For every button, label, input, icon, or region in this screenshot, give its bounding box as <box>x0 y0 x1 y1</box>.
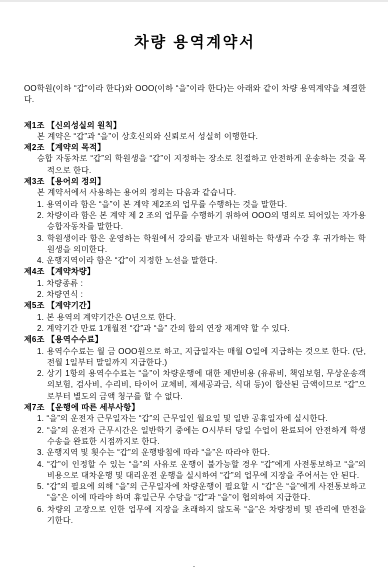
article-2-heading: 제2조 【계약의 목적】 <box>24 142 366 153</box>
document-title: 차량 용역계약서 <box>24 34 366 52</box>
contract-parties-intro: OO학원(이하 “갑”이라 한다)와 OOO(이하 “을”이라 한다)는 아래와… <box>24 83 366 106</box>
article-4: 제4조 【계약차량】 1. 차량종류 : 2. 차량연식 : <box>24 266 366 300</box>
clause-line: 3. 운행지역 및 횟수는 “갑”의 운행방침에 따라 “을”은 따라야 한다. <box>37 447 366 458</box>
clause-line: 2. “을”의 운전자 근무시간은 일반학기 중에는 O시부터 당일 수업이 완… <box>37 425 366 448</box>
article-1-heading: 제1조 【신의성실의 원칙】 <box>24 120 366 131</box>
article-7: 제7조 【운행에 따른 세부사항】 1. “을”의 운전자 근무일자는 “갑”의… <box>24 402 366 526</box>
page-number-mark: . <box>0 560 388 569</box>
article-4-heading: 제4조 【계약차량】 <box>24 266 366 277</box>
article-7-heading: 제7조 【운행에 따른 세부사항】 <box>24 402 366 413</box>
clause-line: 6. 차량의 고장으로 인한 업무에 지장을 초래하지 않도록 “을”은 차량정… <box>37 504 366 527</box>
article-6: 제6조 【용역수수료】 1. 용역수수료는 월 금 OOO원으로 하고, 지급일… <box>24 334 366 402</box>
clause-line: 1. 용역수수료는 월 금 OOO원으로 하고, 지급일자는 매월 O일에 지급… <box>37 346 366 369</box>
article-5-heading: 제5조 【계약기간】 <box>24 300 366 311</box>
clause-line: 1. 차량종류 : <box>37 278 366 289</box>
clause-line: 4. 운행지역이라 함은 “갑”이 지정한 노선을 말한다. <box>37 255 366 266</box>
contract-document-page: 차량 용역계약서 OO학원(이하 “갑”이라 한다)와 OOO(이하 “을”이라… <box>0 0 388 526</box>
clause-line: 2. 상기 1항의 용역수수료는 “을”이 차량운행에 대한 제반비용 (유류비… <box>37 368 366 402</box>
article-3-intro: 본 계약서에서 사용하는 용어의 정의는 다음과 같습니다. <box>37 187 366 198</box>
article-6-heading: 제6조 【용역수수료】 <box>24 334 366 345</box>
clause-line: 2. 차량이라 함은 본 계약 제 2 조의 업무를 수행하기 위하여 OOO의… <box>37 210 366 233</box>
clause-line: 1. 본 용역의 계약기간은 O년으로 한다. <box>37 312 366 323</box>
clause-line: 1. 용역이라 함은 “을”이 본 계약 제2조의 업무를 수행하는 것을 말한… <box>37 199 366 210</box>
clause-line: 승합 자동차로 “갑”의 학원생을 “갑”이 지정하는 장소로 친절하고 안전하… <box>37 153 366 176</box>
clause-line: 1. “을”의 운전자 근무일자는 “갑”의 근무일인 월요일 및 일반 공휴일… <box>37 413 366 424</box>
clause-line: 2. 차량연식 : <box>37 289 366 300</box>
clause-line: 2. 계약기간 만료 1개월전 “갑”과 “을” 간의 합의 연장 재계약 할 … <box>37 323 366 334</box>
clause-line: 3. 학원생이라 함은 운영하는 학원에서 강의를 받고자 내원하는 학생과 수… <box>37 233 366 256</box>
clause-line: 4. “갑”이 인정할 수 있는 “을”의 사유로 운행이 불가능할 경우 “갑… <box>37 459 366 482</box>
clause-line: 본 계약은 “갑”과 “을”이 상호신의와 신뢰로서 성실히 이행한다. <box>37 131 366 142</box>
article-2: 제2조 【계약의 목적】 승합 자동차로 “갑”의 학원생을 “갑”이 지정하는… <box>24 142 366 176</box>
clause-line: 5. “갑”의 필요에 의해 “을”의 근무일자에 차량운행이 필요할 시 “갑… <box>37 481 366 504</box>
scan-artifact-line <box>0 0 388 2</box>
article-5: 제5조 【계약기간】 1. 본 용역의 계약기간은 O년으로 한다. 2. 계약… <box>24 300 366 334</box>
article-1: 제1조 【신의성실의 원칙】 본 계약은 “갑”과 “을”이 상호신의와 신뢰로… <box>24 120 366 143</box>
article-3-heading: 제3조 【용어의 정의】 <box>24 176 366 187</box>
article-3: 제3조 【용어의 정의】 본 계약서에서 사용하는 용어의 정의는 다음과 같습… <box>24 176 366 266</box>
